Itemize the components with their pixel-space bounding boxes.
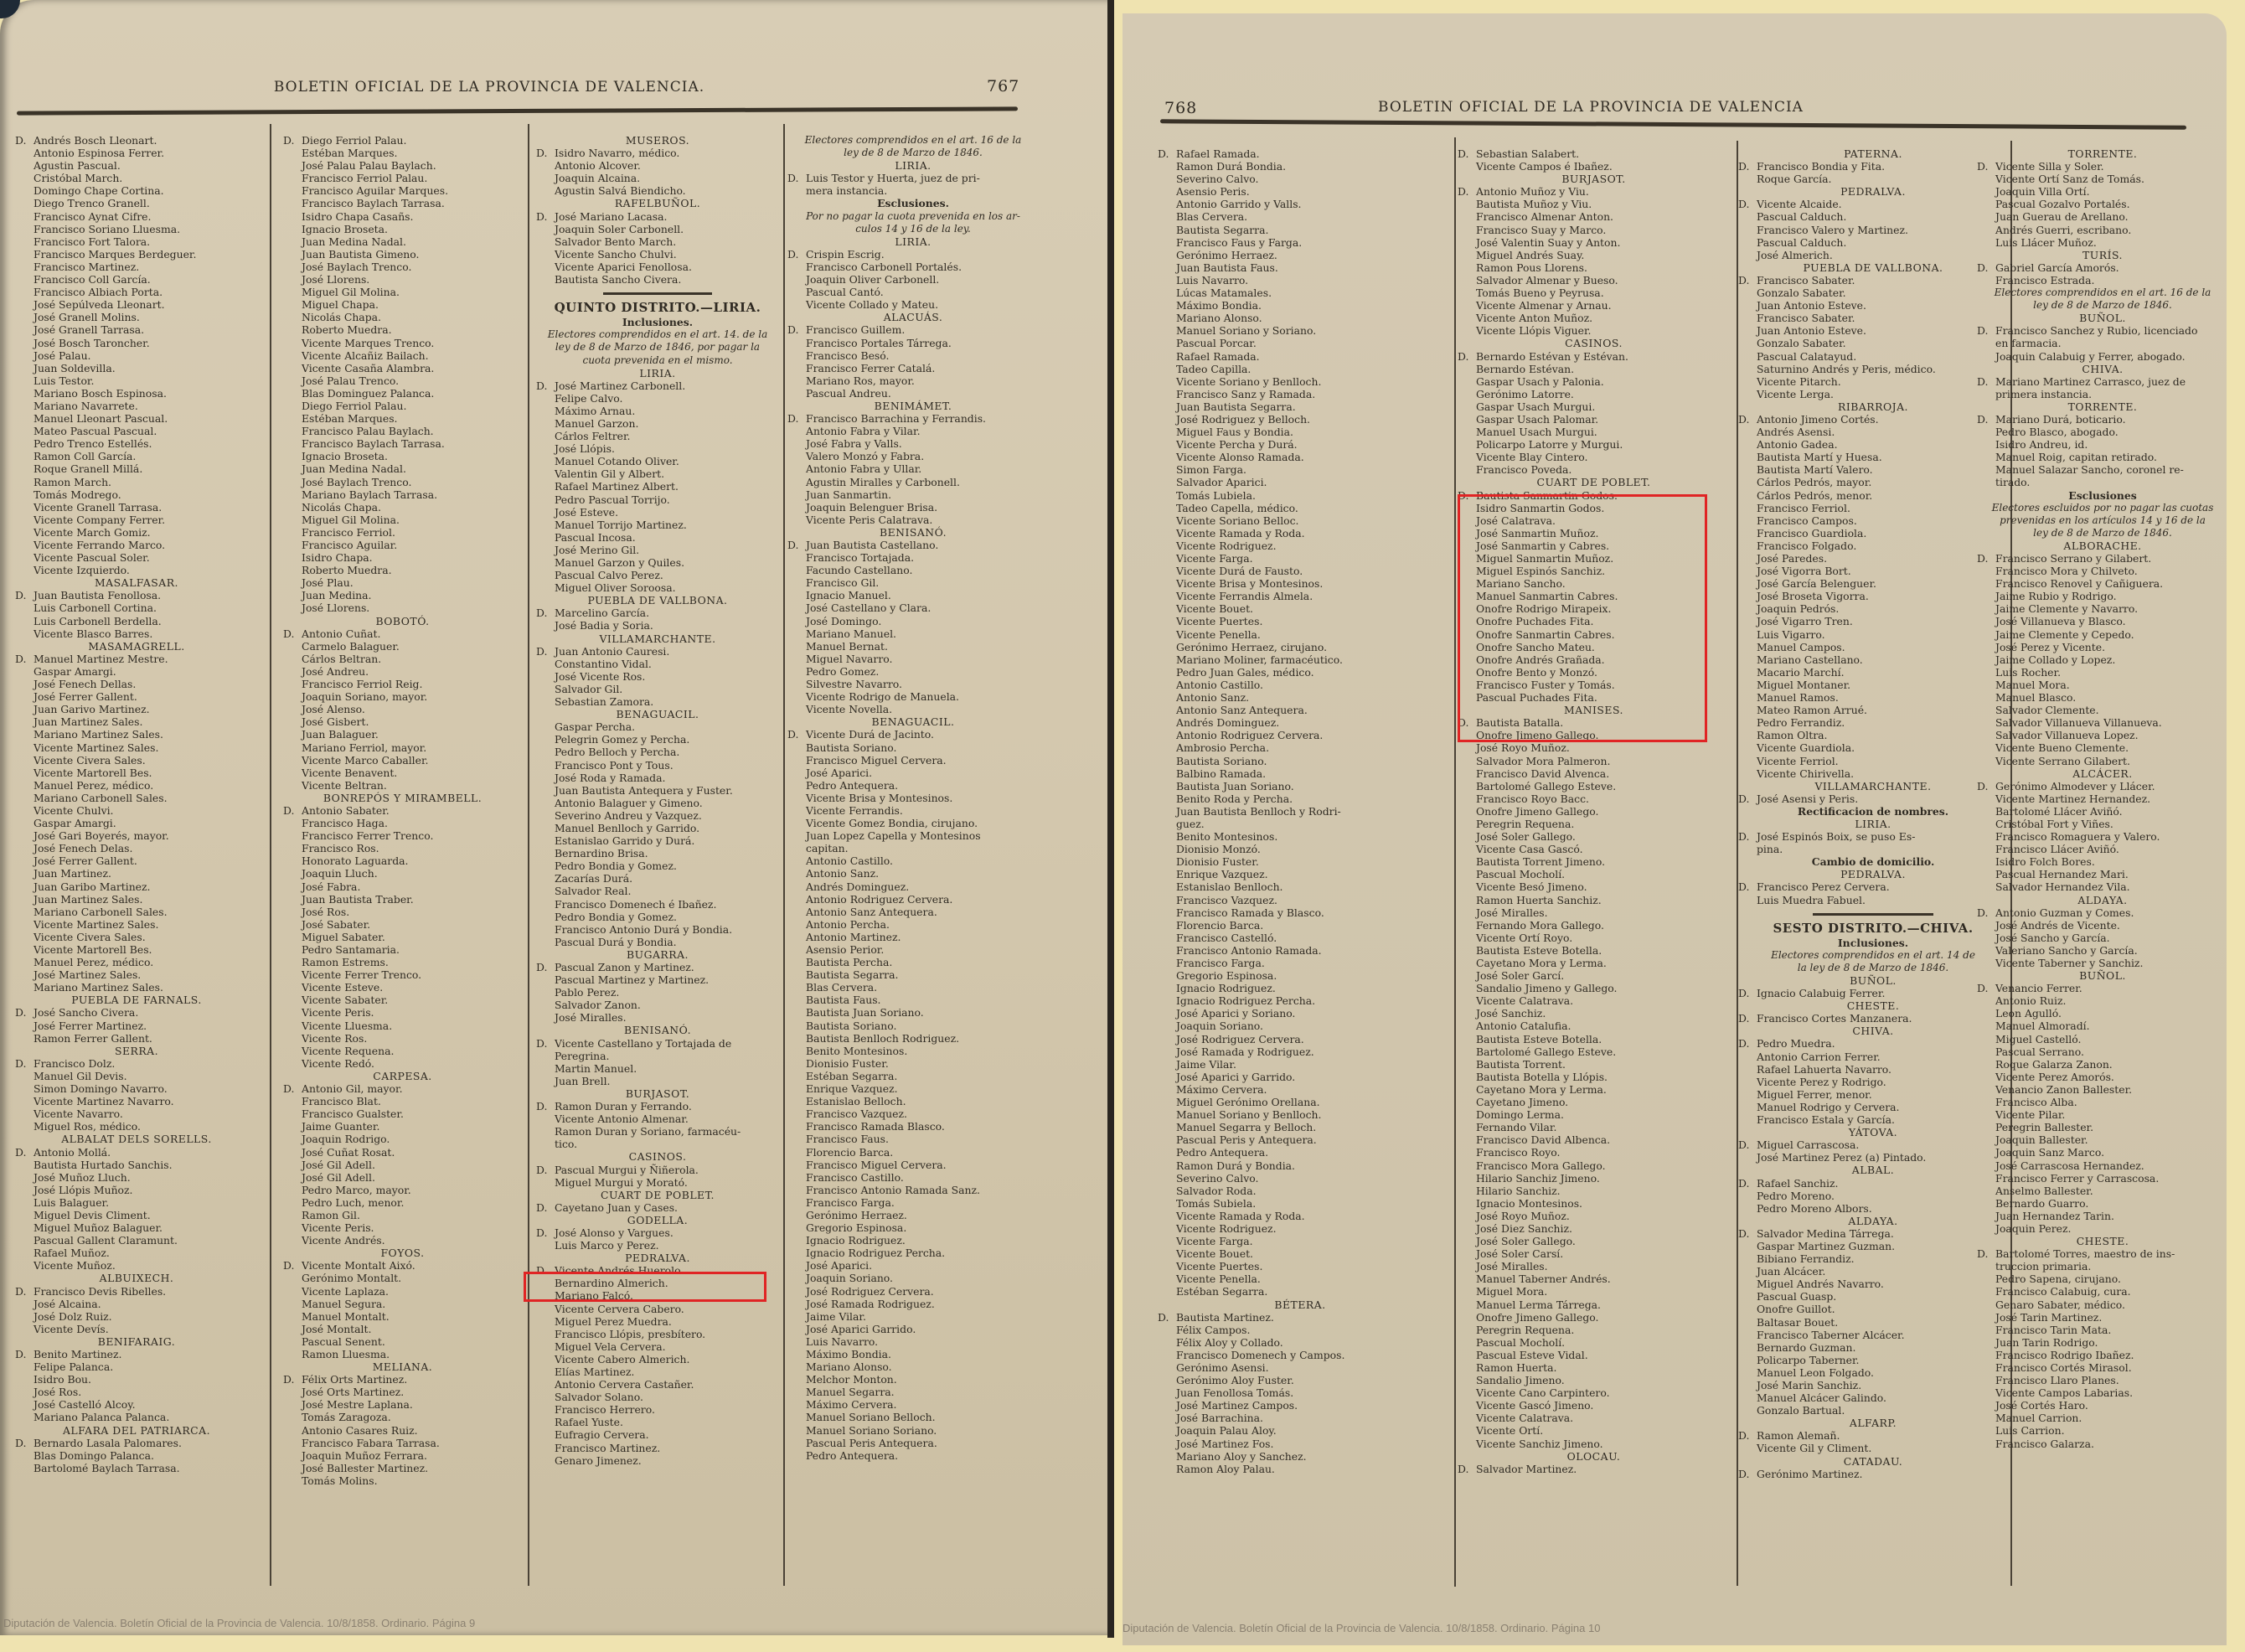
town-heading: RIBARROJA. bbox=[1738, 400, 2008, 413]
elector-name: Vicente Requena. bbox=[283, 1045, 522, 1057]
elector-name: José Granell Tarrasa. bbox=[15, 323, 258, 336]
town-heading: SERRA. bbox=[15, 1045, 258, 1057]
legal-note: ley de 8 de Marzo de 1846. bbox=[1977, 299, 2227, 312]
town-heading: PEDRALVA. bbox=[1738, 185, 2008, 198]
elector-name: Salvador Roda. bbox=[1158, 1185, 1442, 1197]
elector-name: Ignacio Rodriguez Percha. bbox=[1158, 994, 1442, 1007]
name-text: Antonio Sabater. bbox=[302, 804, 390, 817]
elector-name: Francisco Blat. bbox=[283, 1095, 522, 1107]
elector-name: D.Pascual Murgui y Ñiñerola. bbox=[536, 1164, 779, 1176]
elector-name: D.José Alonso y Vargues. bbox=[536, 1226, 779, 1239]
honorific: D. bbox=[787, 248, 806, 261]
elector-name: Francisco Tarin Mata. bbox=[1977, 1324, 2227, 1336]
name-text: Venancio Ferrer. bbox=[1995, 982, 2082, 994]
name-text: Bernardo Lasala Palomares. bbox=[34, 1437, 182, 1449]
elector-name: Vicente Cervera Cabero. bbox=[536, 1303, 779, 1315]
elector-name: Francisco Alba. bbox=[1977, 1096, 2227, 1108]
elector-name: José Aparici y Soriano. bbox=[1158, 1007, 1442, 1020]
elector-name: José Royo Muñoz. bbox=[1458, 1210, 1730, 1222]
elector-name: Antonio Gadea. bbox=[1738, 438, 2008, 451]
elector-name: Francisco Tortajada. bbox=[787, 551, 1039, 564]
column-divider bbox=[528, 124, 529, 1586]
elector-name: Vicente Besó Jimeno. bbox=[1458, 880, 1730, 893]
name-text: Francisco Bondia y Fita. bbox=[1757, 160, 1885, 173]
elector-name: Ignacio Manuel. bbox=[787, 589, 1039, 601]
elector-name: Mariano Aloy y Sanchez. bbox=[1158, 1450, 1442, 1463]
name-text: Andrés Bosch Lleonart. bbox=[34, 134, 157, 147]
elector-name: Dionisio Fuster. bbox=[787, 1057, 1039, 1070]
honorific: D. bbox=[1738, 1227, 1757, 1240]
elector-name: Mariano Bosch Espinosa. bbox=[15, 387, 258, 400]
elector-name: Venancio Zanon Ballester. bbox=[1977, 1083, 2227, 1096]
elector-name: Severino Andreu y Vazquez. bbox=[536, 809, 779, 822]
elector-name: José Barrachina. bbox=[1158, 1412, 1442, 1424]
elector-name: Manuel Soriano y Soriano. bbox=[1158, 324, 1442, 337]
elector-name: Salvador Hernandez Vila. bbox=[1977, 880, 2227, 893]
elector-name: Vicente Brisa y Montesinos. bbox=[1158, 577, 1442, 590]
elector-name: Francisco Soriano Lluesma. bbox=[15, 223, 258, 235]
elector-name: Miguel Andrés Suay. bbox=[1458, 249, 1730, 261]
elector-name: Francisco Martinez. bbox=[15, 261, 258, 273]
elector-name: Francisco Miguel Cervera. bbox=[787, 1159, 1039, 1171]
elector-name: Manuel Usach Murgui. bbox=[1458, 426, 1730, 438]
name-text: Antonio Jimeno Cortés. bbox=[1757, 413, 1879, 426]
elector-name: Francisco Ferriol. bbox=[1738, 502, 2008, 514]
elector-name: Pedro Belloch y Percha. bbox=[536, 746, 779, 758]
honorific: D. bbox=[1738, 1037, 1757, 1050]
elector-name: Manuel Perez, médico. bbox=[15, 956, 258, 968]
elector-name: Manuel Perez, médico. bbox=[15, 779, 258, 792]
elector-name: Pedro Antequera. bbox=[1158, 1146, 1442, 1159]
elector-name: Manuel Blasco. bbox=[1977, 691, 2227, 704]
honorific: D. bbox=[1977, 1247, 1995, 1260]
town-heading: CASINOS. bbox=[1458, 337, 1730, 349]
elector-name: Vicente Serrano Gilabert. bbox=[1977, 755, 2227, 767]
elector-name: Mariano Ros, mayor. bbox=[787, 374, 1039, 387]
elector-name: Vicente March Gomiz. bbox=[15, 526, 258, 539]
elector-name: Mariano Martinez Sales. bbox=[15, 981, 258, 994]
elector-name: D.Francisco Cortes Manzanera. bbox=[1738, 1012, 2008, 1025]
legal-note: culos 14 y 16 de la ley. bbox=[787, 223, 1039, 235]
elector-name: Antonio Garrido y Valls. bbox=[1158, 198, 1442, 210]
elector-name: Estéban Marques. bbox=[283, 147, 522, 159]
elector-name: Francisco Mora Gallego. bbox=[1458, 1159, 1730, 1172]
elector-name: Fernando Mora Gallego. bbox=[1458, 919, 1730, 932]
name-text: Francisco Sabater. bbox=[1757, 274, 1855, 287]
honorific: D. bbox=[536, 147, 555, 159]
elector-name: Leon Agulló. bbox=[1977, 1007, 2227, 1020]
elector-name: Francisco Folgado. bbox=[1738, 539, 2008, 552]
elector-name: Vicente Muñoz. bbox=[15, 1259, 258, 1272]
elector-name: Máximo Cervera. bbox=[1158, 1083, 1442, 1096]
elector-name: D.Rafael Sanchiz. bbox=[1738, 1177, 2008, 1190]
elector-name: Diego Trenco Granell. bbox=[15, 197, 258, 209]
elector-name: Miguel Andrés Navarro. bbox=[1738, 1278, 2008, 1290]
elector-name: Manuel Soriano y Benlloch. bbox=[1158, 1108, 1442, 1121]
elector-name: Francisco Baylach Tarrasa. bbox=[283, 437, 522, 450]
town-heading: BENIFARAIG. bbox=[15, 1335, 258, 1348]
town-heading: BENAGUACIL. bbox=[787, 715, 1039, 728]
elector-name: Francisco Portales Tárrega. bbox=[787, 337, 1039, 349]
elector-name: D.Miguel Carrascosa. bbox=[1738, 1138, 2008, 1151]
elector-name: tico. bbox=[536, 1138, 779, 1150]
elector-name: Vicente Percha y Durá. bbox=[1158, 438, 1442, 451]
elector-name: Manuel Campos. bbox=[1738, 641, 2008, 653]
elector-name: Rafael Muñoz. bbox=[15, 1247, 258, 1259]
elector-name: Francisco Martinez. bbox=[536, 1442, 779, 1454]
elector-name: José Muñoz Lluch. bbox=[15, 1171, 258, 1184]
legal-note: Por no pagar la cuota prevenida en los a… bbox=[787, 210, 1039, 223]
elector-name: José Castelló Alcoy. bbox=[15, 1398, 258, 1411]
elector-name: Mariano Martinez Sales. bbox=[15, 728, 258, 741]
elector-name: Benito Montesinos. bbox=[1158, 830, 1442, 843]
honorific: D. bbox=[536, 1201, 555, 1214]
name-text: Vicente Castellano y Tortajada de bbox=[555, 1037, 731, 1050]
elector-name: Miguel Chapa. bbox=[283, 298, 522, 311]
elector-name: en farmacia. bbox=[1977, 337, 2227, 349]
elector-name: Bernardo Guarro. bbox=[1977, 1197, 2227, 1210]
elector-name: Gerónimo Latorre. bbox=[1458, 388, 1730, 400]
elector-name: Francisco Suay y Marco. bbox=[1458, 224, 1730, 236]
elector-name: Onofre Jimeno Gallego. bbox=[1458, 805, 1730, 818]
elector-name: D.Rafael Ramada. bbox=[1158, 147, 1442, 160]
elector-name: D.Vicente Alcaide. bbox=[1738, 198, 2008, 210]
name-text: Mariano Martinez Carrasco, juez de bbox=[1995, 375, 2186, 388]
left-page: BOLETIN OFICIAL DE LA PROVINCIA DE VALEN… bbox=[0, 0, 1112, 1635]
elector-name: José Alenso. bbox=[283, 703, 522, 715]
elector-name: Francisco Antonio Ramada Sanz. bbox=[787, 1184, 1039, 1196]
elector-name: Vicente Civera Sales. bbox=[15, 931, 258, 943]
elector-name: Bernardino Brisa. bbox=[536, 847, 779, 860]
elector-name: Vicente Soriano y Benlloch. bbox=[1158, 375, 1442, 388]
elector-name: Francisco Gil. bbox=[787, 576, 1039, 589]
elector-name: Pascual Gallent Claramunt. bbox=[15, 1234, 258, 1247]
elector-name: Gaspar Amargi. bbox=[15, 665, 258, 678]
honorific: D. bbox=[1738, 198, 1757, 210]
elector-name: Francisco Aguilar Marques. bbox=[283, 184, 522, 197]
elector-name: Miguel Faus y Bondia. bbox=[1158, 426, 1442, 438]
section-rule bbox=[603, 292, 713, 295]
elector-name: D.Ramon Duran y Ferrando. bbox=[536, 1100, 779, 1113]
name-text: Bartolomé Torres, maestro de ins- bbox=[1995, 1247, 2175, 1260]
elector-name: José Gil Adell. bbox=[283, 1171, 522, 1184]
elector-name: Francisco Domenech y Campos. bbox=[1158, 1349, 1442, 1361]
elector-name: Manuel Benlloch y Garrido. bbox=[536, 822, 779, 834]
elector-name: Francisco Antonio Durá y Bondia. bbox=[536, 923, 779, 936]
elector-name: Francisco Castelló. bbox=[1158, 932, 1442, 944]
honorific: D. bbox=[1458, 147, 1476, 160]
elector-name: José García Belenguer. bbox=[1738, 577, 2008, 590]
elector-name: Pascual Hernandez Mari. bbox=[1977, 868, 2227, 880]
elector-name: Isidro Andreu, id. bbox=[1977, 438, 2227, 451]
elector-name: Zacarías Durá. bbox=[536, 872, 779, 885]
elector-name: Francisco Romaguera y Valero. bbox=[1977, 830, 2227, 843]
elector-name: Tomás Bueno y Peyrusa. bbox=[1458, 287, 1730, 299]
elector-name: Francisco Valero y Martinez. bbox=[1738, 224, 2008, 236]
name-text: Gerónimo Almodever y Llácer. bbox=[1995, 780, 2155, 792]
name-text: Antonio Mollá. bbox=[34, 1146, 111, 1159]
elector-name: Francisco Aynat Cifre. bbox=[15, 210, 258, 223]
elector-name: Vicente Andrés. bbox=[283, 1234, 522, 1247]
elector-name: D.Vicente Silla y Soler. bbox=[1977, 160, 2227, 173]
elector-name: Cristóbal Fort y Viñes. bbox=[1977, 818, 2227, 830]
elector-name: Simon Domingo Navarro. bbox=[15, 1082, 258, 1095]
elector-name: Pascual Mocholí. bbox=[1458, 1336, 1730, 1349]
elector-name: Manuel Gil Devis. bbox=[15, 1070, 258, 1082]
elector-name: Francisco Coll García. bbox=[15, 273, 258, 286]
elector-name: Salvador Solano. bbox=[536, 1391, 779, 1403]
elector-name: Vicente Martinez Navarro. bbox=[15, 1095, 258, 1107]
elector-name: Antonio Cervera Castañer. bbox=[536, 1378, 779, 1391]
legal-note: Electores comprendidos en el art. 16 de … bbox=[787, 134, 1039, 147]
town-heading: BUÑOL. bbox=[1738, 974, 2008, 987]
elector-name: Antonio Fabra y Ullar. bbox=[787, 462, 1039, 475]
name-text: Cayetano Juan y Cases. bbox=[555, 1201, 678, 1214]
elector-name: Vicente Pilar. bbox=[1977, 1108, 2227, 1121]
elector-name: José Ramada y Rodriguez. bbox=[1158, 1045, 1442, 1058]
legal-note: cuota prevenida en el mismo. bbox=[536, 354, 779, 367]
elector-name: D.Francisco Dolz. bbox=[15, 1057, 258, 1070]
elector-name: Francisco Vazquez. bbox=[1158, 894, 1442, 906]
right-column-3: PATERNA.D.Francisco Bondia y Fita.Roque … bbox=[1738, 147, 2008, 1480]
honorific: D. bbox=[1738, 1138, 1757, 1151]
elector-name: Juan Lopez Capella y Montesinos bbox=[787, 829, 1039, 842]
elector-name: Gaspar Amargi. bbox=[15, 817, 258, 829]
elector-name: Francisco Estala y García. bbox=[1738, 1113, 2008, 1126]
honorific: D. bbox=[1738, 830, 1757, 843]
town-heading: ALDAYA. bbox=[1738, 1215, 2008, 1227]
elector-name: Francisco Ferrer y Carrascosa. bbox=[1977, 1172, 2227, 1185]
elector-name: D.Bautista Martinez. bbox=[1158, 1311, 1442, 1324]
elector-name: Miguel Ros, médico. bbox=[15, 1120, 258, 1133]
district-heading: SESTO DISTRITO.—CHIVA. bbox=[1738, 922, 2008, 935]
elector-name: Vicente Ros. bbox=[283, 1032, 522, 1045]
elector-name: Cárlos Feltrer. bbox=[536, 430, 779, 442]
elector-name: Jaime Vilar. bbox=[1158, 1058, 1442, 1071]
elector-name: Mariano Manuel. bbox=[787, 627, 1039, 640]
elector-name: Francisco Albiach Porta. bbox=[15, 286, 258, 298]
honorific: D. bbox=[1458, 185, 1476, 198]
elector-name: D.Bernardo Estévan y Estévan. bbox=[1458, 350, 1730, 363]
elector-name: Manuel Bernat. bbox=[787, 640, 1039, 653]
elector-name: Blas Domingo Palanca. bbox=[15, 1449, 258, 1462]
elector-name: Antonio Castillo. bbox=[787, 854, 1039, 867]
elector-name: Benito Montesinos. bbox=[787, 1045, 1039, 1057]
honorific: D. bbox=[536, 210, 555, 223]
elector-name: Francisco Miguel Cervera. bbox=[787, 754, 1039, 767]
elector-name: Vicente Gomez Bondia, cirujano. bbox=[787, 817, 1039, 829]
elector-name: Simon Farga. bbox=[1158, 463, 1442, 476]
elector-name: Diego Ferriol Palau. bbox=[283, 400, 522, 412]
elector-name: Juan Medina Nadal. bbox=[283, 235, 522, 248]
town-heading: BENAGUACIL. bbox=[536, 708, 779, 720]
elector-name: Pascual Peris y Antequera. bbox=[1158, 1133, 1442, 1146]
elector-name: Joaquin Palau Aloy. bbox=[1158, 1424, 1442, 1437]
elector-name: Antonio Castillo. bbox=[1158, 679, 1442, 691]
elector-name: Máximo Arnau. bbox=[536, 405, 779, 417]
town-heading: BENIMÁMET. bbox=[787, 400, 1039, 412]
elector-name: Francisco Ferriol Reig. bbox=[283, 678, 522, 690]
name-text: Pedro Muedra. bbox=[1757, 1037, 1835, 1050]
name-text: José Martinez Carbonell. bbox=[555, 379, 685, 392]
elector-name: Francisco Palau Baylach. bbox=[283, 425, 522, 437]
elector-name: truccion primaria. bbox=[1977, 1260, 2227, 1273]
elector-name: Luis Vigarro. bbox=[1738, 628, 2008, 641]
honorific: D. bbox=[15, 1437, 34, 1449]
elector-name: Francisco Haga. bbox=[283, 817, 522, 829]
elector-name: Manuel Soriano Soriano. bbox=[787, 1424, 1039, 1437]
elector-name: Salvador Zanon. bbox=[536, 999, 779, 1011]
honorific: D. bbox=[1738, 413, 1757, 426]
elector-name: D.Sebastian Salabert. bbox=[1458, 147, 1730, 160]
elector-name: Vicente Calatrava. bbox=[1458, 994, 1730, 1007]
elector-name: Juan Alcácer. bbox=[1738, 1265, 2008, 1278]
elector-name: José Fenech Delas. bbox=[15, 842, 258, 854]
elector-name: José Sanchiz. bbox=[1458, 1007, 1730, 1020]
elector-name: Juan Bautista Segarra. bbox=[1158, 400, 1442, 413]
name-text: Salvador Martinez. bbox=[1476, 1463, 1577, 1475]
elector-name: Vicente Chulvi. bbox=[15, 804, 258, 817]
elector-name: Estanislao Benlloch. bbox=[1158, 880, 1442, 893]
elector-name: Onofre Jimeno Gallego. bbox=[1458, 1311, 1730, 1324]
name-text: Francisco Dolz. bbox=[34, 1057, 115, 1070]
honorific: D. bbox=[1977, 982, 1995, 994]
town-heading: BURJASOT. bbox=[536, 1087, 779, 1100]
elector-name: Francisco Pont y Tous. bbox=[536, 759, 779, 772]
elector-name: Antonio Fabra y Vilar. bbox=[787, 425, 1039, 437]
elector-name: Miguel Sabater. bbox=[283, 931, 522, 943]
elector-name: Vicente Ortí. bbox=[1458, 1424, 1730, 1437]
town-heading: PEDRALVA. bbox=[1738, 868, 2008, 880]
name-text: Mariano Durá, boticario. bbox=[1995, 413, 2126, 426]
elector-name: Pedro Juan Gales, médico. bbox=[1158, 666, 1442, 679]
elector-name: José Broseta Vigorra. bbox=[1738, 590, 2008, 602]
town-heading: ALFARP. bbox=[1738, 1417, 2008, 1429]
elector-name: Vicente Sancho Chulvi. bbox=[536, 248, 779, 261]
town-heading: ALDAYA. bbox=[1977, 894, 2227, 906]
elector-name: Ignacio Rodriguez. bbox=[1158, 982, 1442, 994]
legal-note: la ley de 8 de Marzo de 1846. bbox=[1738, 962, 2008, 974]
section-rule bbox=[1813, 913, 1934, 916]
name-text: Bautista Martinez. bbox=[1176, 1311, 1274, 1324]
town-heading: CHIVA. bbox=[1738, 1025, 2008, 1037]
town-heading: CHESTE. bbox=[1738, 999, 2008, 1012]
elector-name: Pascual Cantó. bbox=[787, 286, 1039, 298]
elector-name: Bautista Soriano. bbox=[787, 741, 1039, 754]
elector-name: Joaquin Muñoz Ferrara. bbox=[283, 1449, 522, 1462]
elector-name: Manuel Salazar Sancho, coronel re- bbox=[1977, 463, 2227, 476]
elector-name: Manuel Almoradí. bbox=[1977, 1020, 2227, 1032]
left-page-title: BOLETIN OFICIAL DE LA PROVINCIA DE VALEN… bbox=[0, 79, 1045, 96]
elector-name: Francisco Farga. bbox=[1158, 957, 1442, 969]
name-text: Gerónimo Martinez. bbox=[1757, 1468, 1862, 1480]
elector-name: D.Venancio Ferrer. bbox=[1977, 982, 2227, 994]
elector-name: Ignacio Rodriguez Percha. bbox=[787, 1247, 1039, 1259]
elector-name: Pedro Moreno. bbox=[1738, 1190, 2008, 1202]
elector-name: D.Félix Orts Martinez. bbox=[283, 1373, 522, 1386]
highlight-box-left-cuart-de-poblet bbox=[524, 1272, 766, 1302]
elector-name: Cárlos Beltran. bbox=[283, 653, 522, 665]
elector-name: Pedro Antequera. bbox=[787, 1449, 1039, 1462]
elector-name: Gaspar Percha. bbox=[536, 720, 779, 733]
elector-name: Melchor Monton. bbox=[787, 1373, 1039, 1386]
elector-name: José Martinez Fos. bbox=[1158, 1438, 1442, 1450]
elector-name: Gregorio Espinosa. bbox=[787, 1221, 1039, 1234]
elector-name: Bibiano Ferrandiz. bbox=[1738, 1252, 2008, 1265]
town-heading: PUEBLA DE FARNALS. bbox=[15, 994, 258, 1006]
subsection-heading: Inclusiones. bbox=[536, 316, 779, 328]
elector-name: Bautista Benlloch Rodriguez. bbox=[787, 1032, 1039, 1045]
elector-name: Manuel Garzon y Quiles. bbox=[536, 556, 779, 569]
elector-name: José Rodriguez y Belloch. bbox=[1158, 413, 1442, 426]
elector-name: Isidro Chapa Casañs. bbox=[283, 210, 522, 223]
name-text: Félix Orts Martinez. bbox=[302, 1373, 407, 1386]
elector-name: Félix Campos. bbox=[1158, 1324, 1442, 1336]
elector-name: Vicente Bouet. bbox=[1158, 602, 1442, 615]
elector-name: Florencio Barca. bbox=[787, 1146, 1039, 1159]
elector-name: Ambrosio Percha. bbox=[1158, 741, 1442, 754]
elector-name: Salvador Almenar y Bueso. bbox=[1458, 274, 1730, 287]
name-text: Crispin Escrig. bbox=[806, 248, 885, 261]
left-column-3: MUSEROS.D.Isidro Navarro, médico.Antonio… bbox=[536, 134, 779, 1467]
elector-name: Salvador Villanueva Lopez. bbox=[1977, 729, 2227, 741]
elector-name: José Cortés Haro. bbox=[1977, 1399, 2227, 1412]
elector-name: Miguel Muñoz Balaguer. bbox=[15, 1221, 258, 1234]
elector-name: Mariano Palanca Palanca. bbox=[15, 1411, 258, 1423]
elector-name: Genaro Sabater, médico. bbox=[1977, 1298, 2227, 1311]
elector-name: Manuel Carrion. bbox=[1977, 1412, 2227, 1424]
elector-name: Martin Manuel. bbox=[536, 1062, 779, 1075]
elector-name: Ramon Gil. bbox=[283, 1209, 522, 1221]
elector-name: Ramon Huerta. bbox=[1458, 1361, 1730, 1374]
elector-name: Joaquin Villa Ortí. bbox=[1977, 185, 2227, 198]
town-heading: MASAMAGRELL. bbox=[15, 640, 258, 653]
elector-name: Juan Soldevilla. bbox=[15, 362, 258, 374]
elector-name: Pascual Calduch. bbox=[1738, 210, 2008, 223]
elector-name: Vicente Peris. bbox=[283, 1221, 522, 1234]
name-text: Juan Bautista Castellano. bbox=[806, 539, 938, 551]
elector-name: Manuel Rodrigo y Cervera. bbox=[1738, 1101, 2008, 1113]
elector-name: Pedro Gomez. bbox=[787, 665, 1039, 678]
elector-name: José Aparici. bbox=[787, 767, 1039, 779]
elector-name: guez. bbox=[1158, 818, 1442, 830]
elector-name: Vicente Sanchiz Jimeno. bbox=[1458, 1438, 1730, 1450]
elector-name: Ignacio Rodriguez. bbox=[787, 1234, 1039, 1247]
name-text: Ramon Alemañ. bbox=[1757, 1429, 1840, 1442]
elector-name: Ramon Huerta Sanchiz. bbox=[1458, 894, 1730, 906]
elector-name: Miguel Gerónimo Orellana. bbox=[1158, 1096, 1442, 1108]
elector-name: Ramon Coll García. bbox=[15, 450, 258, 462]
elector-name: José Baylach Trenco. bbox=[283, 476, 522, 488]
elector-name: José Ferrer Gallent. bbox=[15, 690, 258, 703]
town-heading: CUART DE POBLET. bbox=[1458, 476, 1730, 488]
elector-name: Sebastian Zamora. bbox=[536, 695, 779, 708]
elector-name: Francisco Vazquez. bbox=[787, 1107, 1039, 1120]
town-heading: LIRIA. bbox=[536, 367, 779, 379]
elector-name: Vicente Blasco Barres. bbox=[15, 627, 258, 640]
elector-name: Vicente Taberner y Sanchiz. bbox=[1977, 957, 2227, 969]
elector-name: pina. bbox=[1738, 843, 2008, 855]
honorific: D. bbox=[1977, 552, 1995, 565]
elector-name: Mariano Castellano. bbox=[1738, 653, 2008, 666]
elector-name: Eufragio Cervera. bbox=[536, 1428, 779, 1441]
elector-name: José Soler Gallego. bbox=[1458, 830, 1730, 843]
elector-name: Luis Testor. bbox=[15, 374, 258, 387]
honorific: D. bbox=[1977, 375, 1995, 388]
elector-name: Mariano Carbonell Sales. bbox=[15, 906, 258, 918]
honorific: D. bbox=[15, 653, 34, 665]
name-text: José Espinós Boix, se puso Es- bbox=[1757, 830, 1915, 843]
